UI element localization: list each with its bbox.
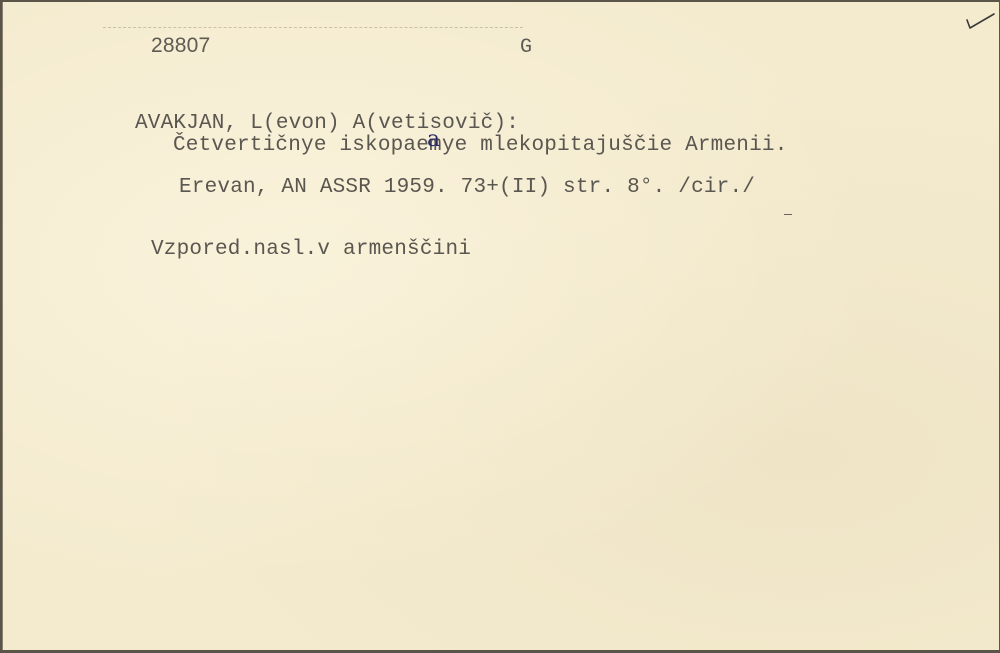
catalog-card: 28807 G AVAKJAN, L(evon) A(vetisovič): Č… — [2, 2, 999, 650]
section-letter: G — [520, 36, 532, 59]
note-line: Vzpored.nasl.v armenščini — [151, 238, 471, 261]
imprint-line: Erevan, AN ASSR 1959. 73+(II) str. 8°. /… — [179, 176, 755, 199]
card-number: 28807 — [151, 34, 210, 58]
author-line: AVAKJAN, L(evon) A(vetisovič): — [135, 112, 519, 135]
handwritten-correction: a — [427, 127, 440, 152]
check-mark-icon — [963, 10, 997, 32]
faint-dotted-line — [103, 27, 523, 28]
title-line: Četvertičnye iskopaemye mlekopitajuščie … — [173, 134, 788, 157]
small-dash-mark — [784, 214, 792, 215]
